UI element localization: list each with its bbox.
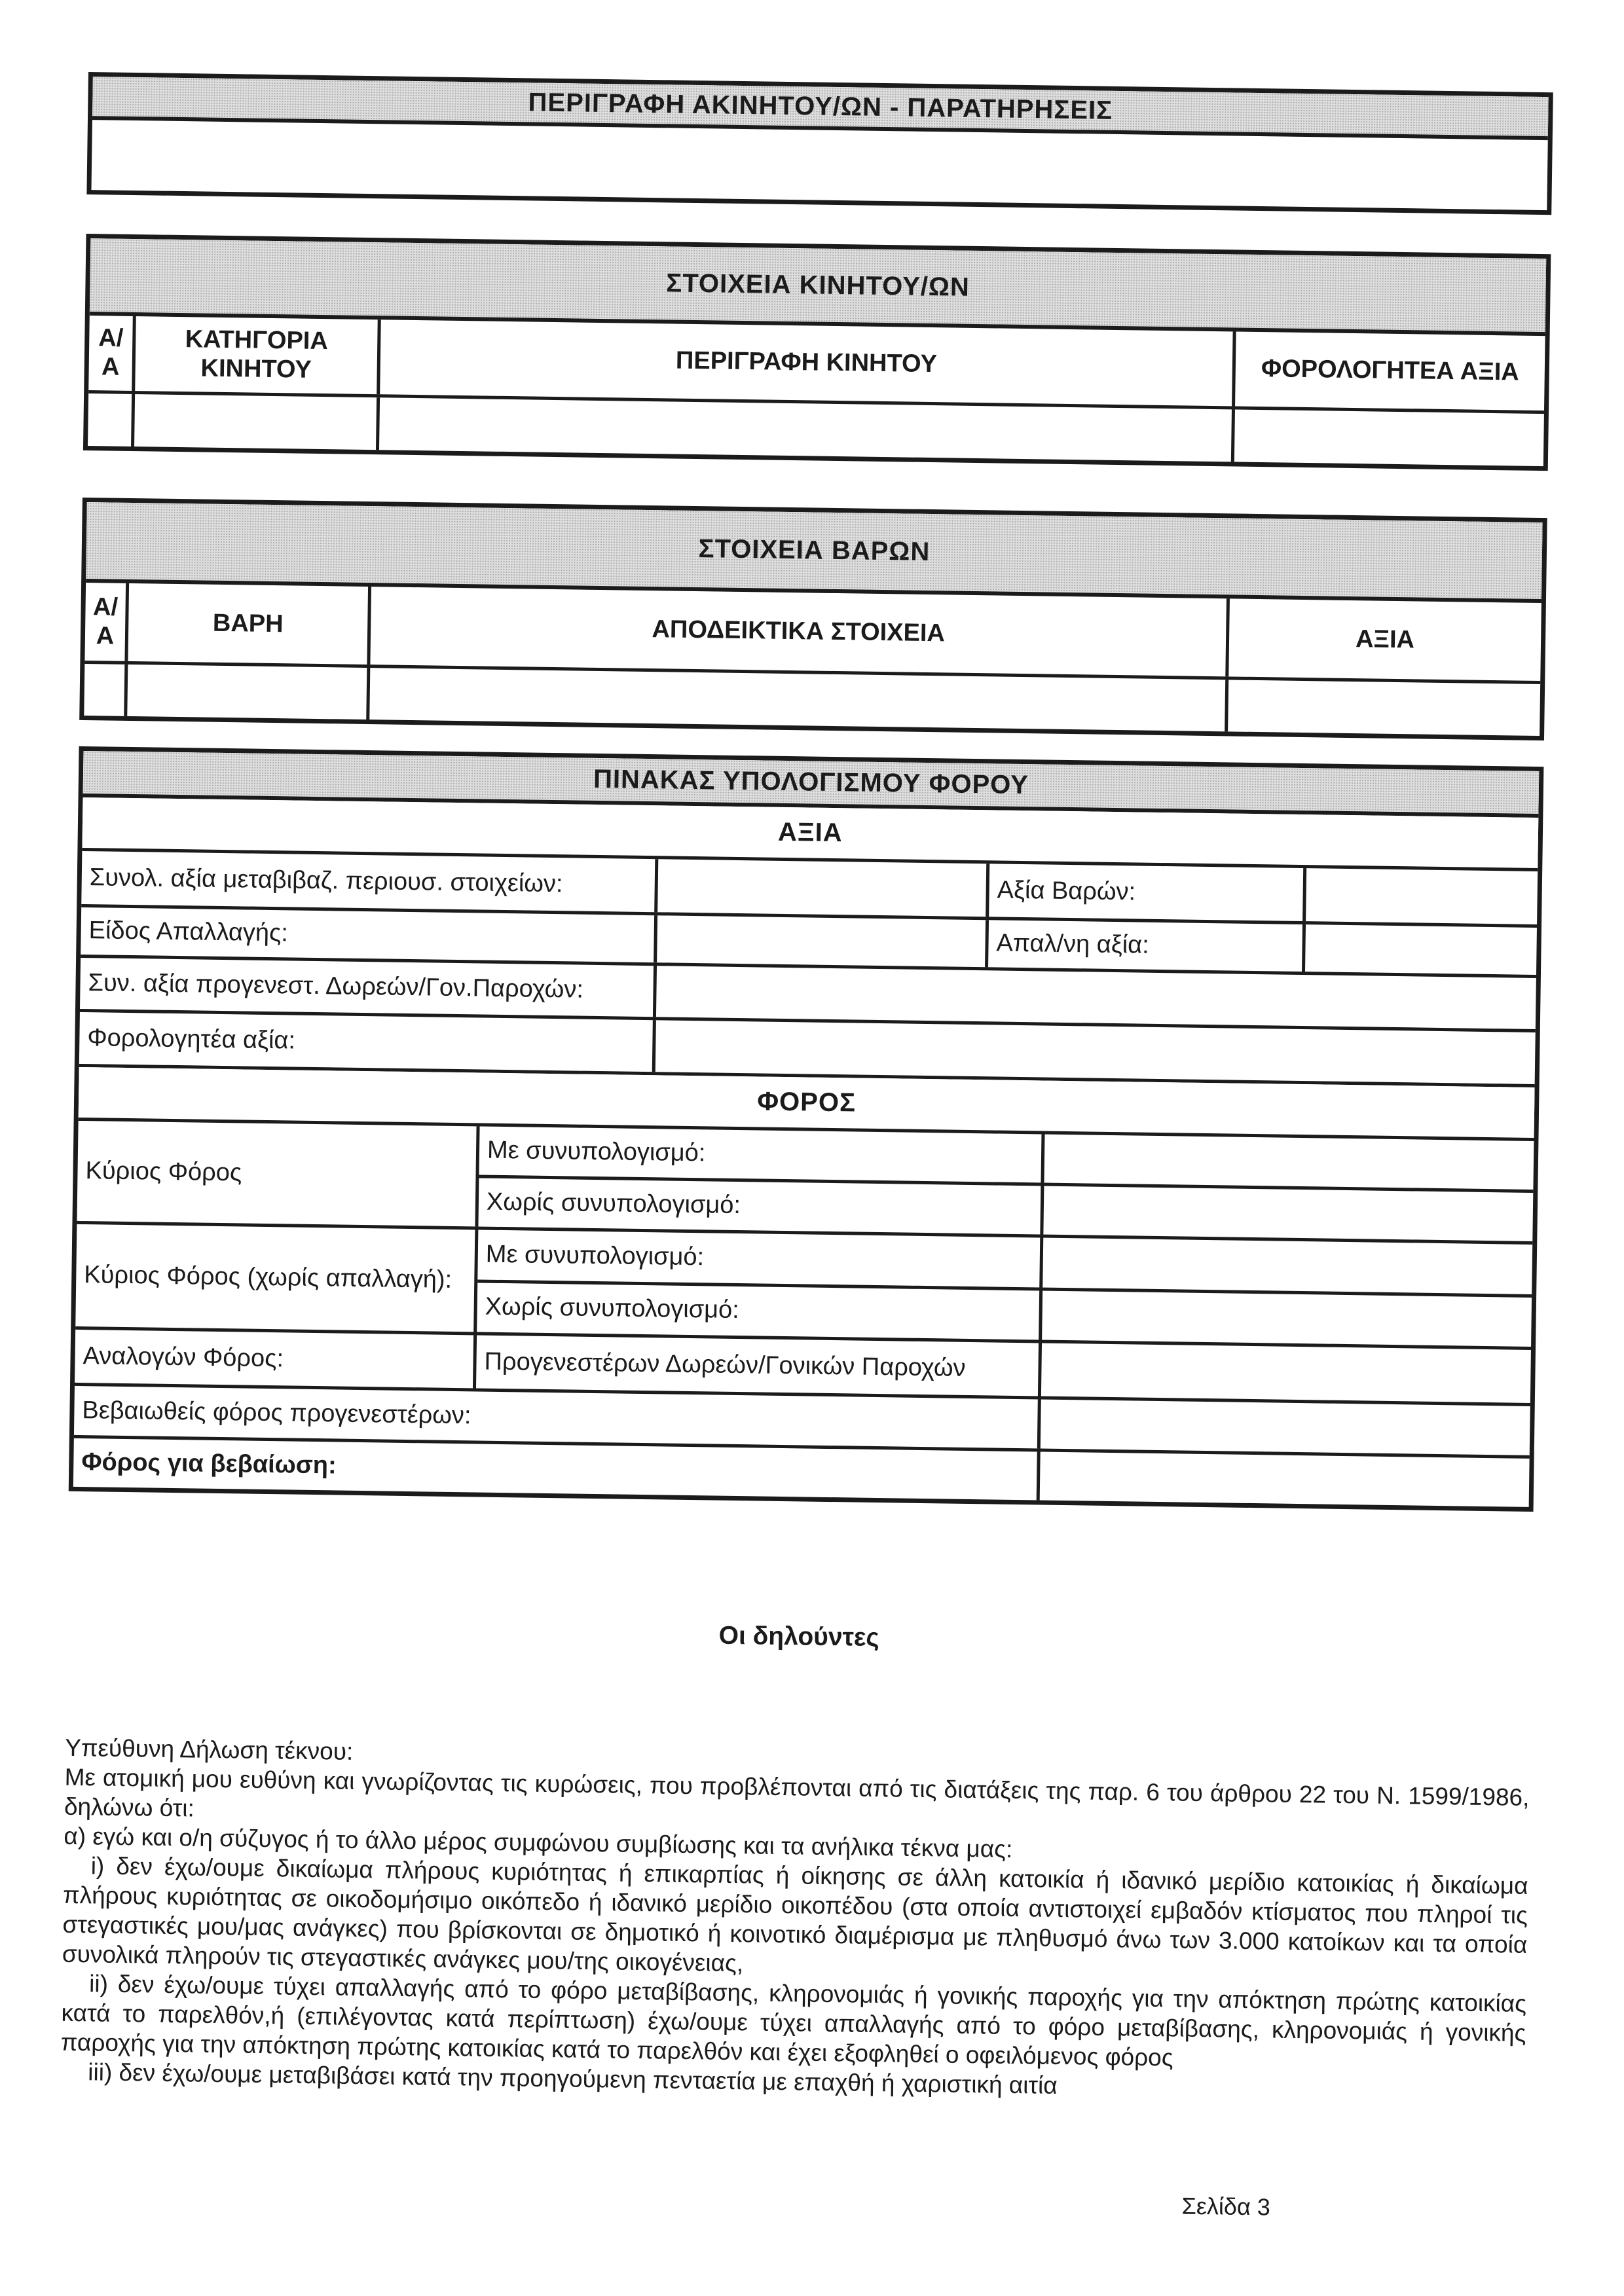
- main-tax-subrows: Με συνυπολογισμό: Χωρίς συνυπολογισμό:: [478, 1127, 1534, 1241]
- total-transfer-value-cell: [657, 859, 989, 917]
- tax-for-assessment-cell: [1040, 1452, 1530, 1507]
- exemption-type-label: Είδος Απαλλαγής:: [81, 907, 657, 962]
- main-tax-no-exemption-label: Κύριος Φόρος (χωρίς απαλλαγή):: [75, 1224, 478, 1332]
- main-tax-without-cell: [1043, 1186, 1533, 1241]
- declaration-item-i: i) δεν έχω/ουμε δικαίωμα πλήρους κυριότη…: [62, 1851, 1528, 1989]
- encumbrances-col-value: ΑΞΙΑ: [1228, 598, 1541, 681]
- main-tax-no-exemption-without-cell: [1042, 1290, 1532, 1347]
- without-aggregation-label-2: Χωρίς συνυπολογισμό:: [477, 1283, 1043, 1340]
- declaration-block: Υπεύθυνη Δήλωση τέκνου: Με ατομική μου ε…: [60, 1733, 1530, 2107]
- encumbrances-title: ΣΤΟΙΧΕΙΑ ΒΑΡΩΝ: [698, 534, 930, 567]
- main-tax-no-exemption-block: Κύριος Φόρος (χωρίς απαλλαγή): Με συνυπο…: [75, 1224, 1532, 1350]
- scanned-form-page: ΠΕΡΙΓΡΑΦΗ ΑΚΙΝΗΤΟΥ/ΩΝ - ΠΑΡΑΤΗΡΗΣΕΙΣ ΣΤΟ…: [0, 0, 1624, 2296]
- exempt-value-cell: [1305, 924, 1537, 975]
- proportional-tax-label: Αναλογών Φόρος:: [75, 1330, 477, 1389]
- movables-col-taxable-value: ΦΟΡΟΛΟΓΗΤΕΑ ΑΞΙΑ: [1235, 332, 1545, 411]
- main-tax-no-exemption-subrows: Με συνυπολογισμό: Χωρίς συνυπολογισμό:: [477, 1230, 1532, 1346]
- encumbrances-col-burden: ΒΑΡΗ: [128, 583, 371, 665]
- tax-calculation-section: ΠΙΝΑΚΑΣ ΥΠΟΛΟΓΙΣΜΟΥ ΦΟΡΟΥ ΑΞΙΑ Συνολ. αξ…: [69, 746, 1544, 1512]
- total-transfer-value-label: Συνολ. αξία μεταβιβαζ. περιουσ. στοιχείω…: [81, 851, 658, 912]
- movables-section: ΣΤΟΙΧΕΙΑ ΚΙΝΗΤΟΥ/ΩΝ Α/Α ΚΑΤΗΓΟΡΙΑ ΚΙΝΗΤΟ…: [83, 234, 1551, 471]
- main-tax-label: Κύριος Φόρος: [77, 1121, 479, 1227]
- encumbrances-cell-value: [1228, 680, 1540, 736]
- movables-cell-aa: [88, 393, 135, 446]
- encumbrances-cell-aa: [84, 664, 128, 716]
- movables-cell-category: [134, 394, 380, 450]
- encumbrances-cell-burden: [127, 665, 370, 720]
- encumbrances-col-aa: Α/Α: [84, 583, 129, 661]
- burden-value-cell: [1306, 868, 1538, 924]
- exemption-type-cell: [657, 915, 989, 967]
- encumbrances-cell-evidence: [369, 668, 1228, 731]
- prior-donations-tax-label: Προγενεστέρων Δωρεών/Γονικών Παροχών: [476, 1335, 1042, 1396]
- movables-title: ΣΤΟΙΧΕΙΑ ΚΙΝΗΤΟΥ/ΩΝ: [666, 268, 970, 302]
- taxable-value-label: Φορολογητέα αξία:: [79, 1012, 656, 1072]
- main-tax-with-cell: [1044, 1135, 1534, 1190]
- encumbrances-col-evidence: ΑΠΟΔΕΙΚΤΙΚΑ ΣΤΟΙΧΕΙΑ: [370, 587, 1230, 676]
- main-tax-block: Κύριος Φόρος Με συνυπολογισμό: Χωρίς συν…: [77, 1121, 1534, 1245]
- main-tax-no-exemption-with-cell: [1043, 1238, 1532, 1294]
- property-remarks-section: ΠΕΡΙΓΡΑΦΗ ΑΚΙΝΗΤΟΥ/ΩΝ - ΠΑΡΑΤΗΡΗΣΕΙΣ: [86, 72, 1553, 215]
- proportional-tax-cell: [1041, 1343, 1531, 1403]
- without-aggregation-label: Χωρίς συνυπολογισμό:: [478, 1178, 1044, 1234]
- movables-cell-taxable-value: [1234, 409, 1544, 466]
- prior-donations-value-label: Συν. αξία προγενεστ. Δωρεών/Γον.Παροχών:: [80, 958, 657, 1017]
- page-content: ΠΕΡΙΓΡΑΦΗ ΑΚΙΝΗΤΟΥ/ΩΝ - ΠΑΡΑΤΗΡΗΣΕΙΣ ΣΤΟ…: [60, 72, 1553, 2107]
- encumbrances-section: ΣΤΟΙΧΕΙΑ ΒΑΡΩΝ Α/Α ΒΑΡΗ ΑΠΟΔΕΙΚΤΙΚΑ ΣΤΟΙ…: [79, 498, 1547, 740]
- property-remarks-title: ΠΕΡΙΓΡΑΦΗ ΑΚΙΝΗΤΟΥ/ΩΝ - ΠΑΡΑΤΗΡΗΣΕΙΣ: [528, 88, 1113, 125]
- tax-calculation-title: ΠΙΝΑΚΑΣ ΥΠΟΛΟΓΙΣΜΟΥ ΦΟΡΟΥ: [593, 765, 1029, 800]
- movables-cell-description: [379, 397, 1235, 462]
- assessed-prior-tax-cell: [1041, 1400, 1530, 1455]
- declarants-heading: Οι δηλούντες: [67, 1613, 1532, 1662]
- exempt-value-label: Απαλ/νη αξία:: [988, 920, 1306, 972]
- movables-col-aa: Α/Α: [88, 316, 136, 391]
- with-aggregation-label-2: Με συνυπολογισμό:: [477, 1230, 1043, 1287]
- movables-col-category: ΚΑΤΗΓΟΡΙΑ ΚΙΝΗΤΟΥ: [135, 316, 381, 394]
- burden-value-label: Αξία Βαρών:: [989, 864, 1306, 921]
- page-number: Σελίδα 3: [1181, 2193, 1270, 2221]
- movables-col-description: ΠΕΡΙΓΡΑΦΗ ΚΙΝΗΤΟΥ: [380, 319, 1236, 406]
- with-aggregation-label: Με συνυπολογισμό:: [479, 1127, 1045, 1183]
